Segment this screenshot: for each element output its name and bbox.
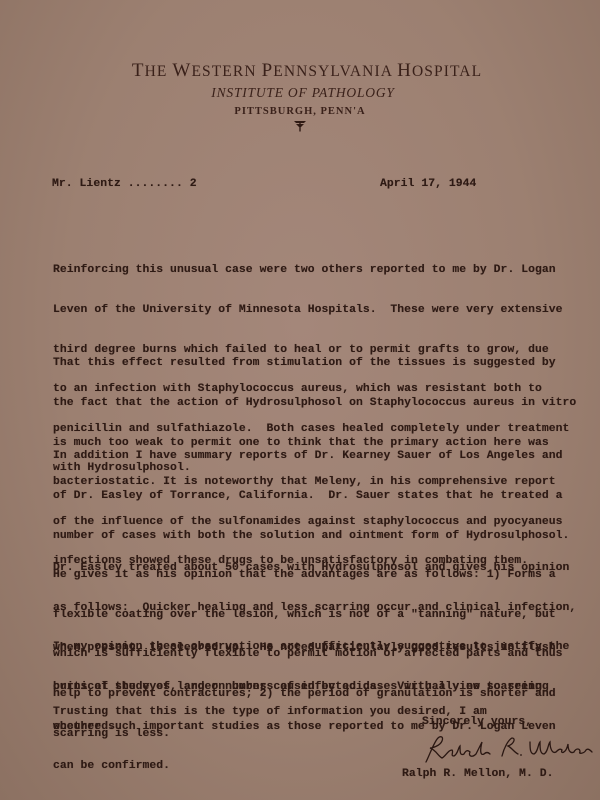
caduceus-emblem-icon bbox=[0, 120, 600, 134]
letter-date: April 17, 1944 bbox=[380, 178, 476, 190]
text-line: as follows: Quicker healing and less sca… bbox=[53, 602, 576, 615]
text-line: That this effect resulted from stimulati… bbox=[53, 357, 576, 370]
text-line: In addition I have summary reports of Dr… bbox=[53, 450, 569, 463]
letter-page: THE WESTERN PENNSYLVANIA HOSPITAL INSTIT… bbox=[0, 0, 600, 800]
recipient-page-line: Mr. Lientz ........ 2 bbox=[52, 178, 197, 190]
text-line: of Dr. Easley of Torrance, California. D… bbox=[53, 490, 569, 503]
text-line: Dr. Easley treated about 50 cases with H… bbox=[53, 562, 576, 575]
text-line: the fact that the action of Hydrosulphos… bbox=[53, 397, 576, 410]
signer-name: Ralph R. Mellon, M. D. bbox=[402, 768, 553, 780]
department-name: INSTITUTE OF PATHOLOGY bbox=[6, 85, 600, 101]
handwritten-signature-icon bbox=[420, 732, 595, 766]
institution-name: THE WESTERN PENNSYLVANIA HOSPITAL bbox=[14, 62, 600, 81]
text-line: Reinforcing this unusual case were two o… bbox=[53, 264, 569, 277]
letterhead: THE WESTERN PENNSYLVANIA HOSPITAL INSTIT… bbox=[0, 62, 600, 134]
institution-name-text: THE WESTERN PENNSYLVANIA HOSPITAL bbox=[132, 63, 482, 80]
closing-salutation: Sincerely yours, bbox=[422, 716, 532, 728]
city-line: PITTSBURGH, PENN'A bbox=[0, 105, 600, 118]
text-line: Leven of the University of Minnesota Hos… bbox=[53, 304, 569, 317]
text-line: In my opinion these observations are suf… bbox=[53, 641, 569, 654]
